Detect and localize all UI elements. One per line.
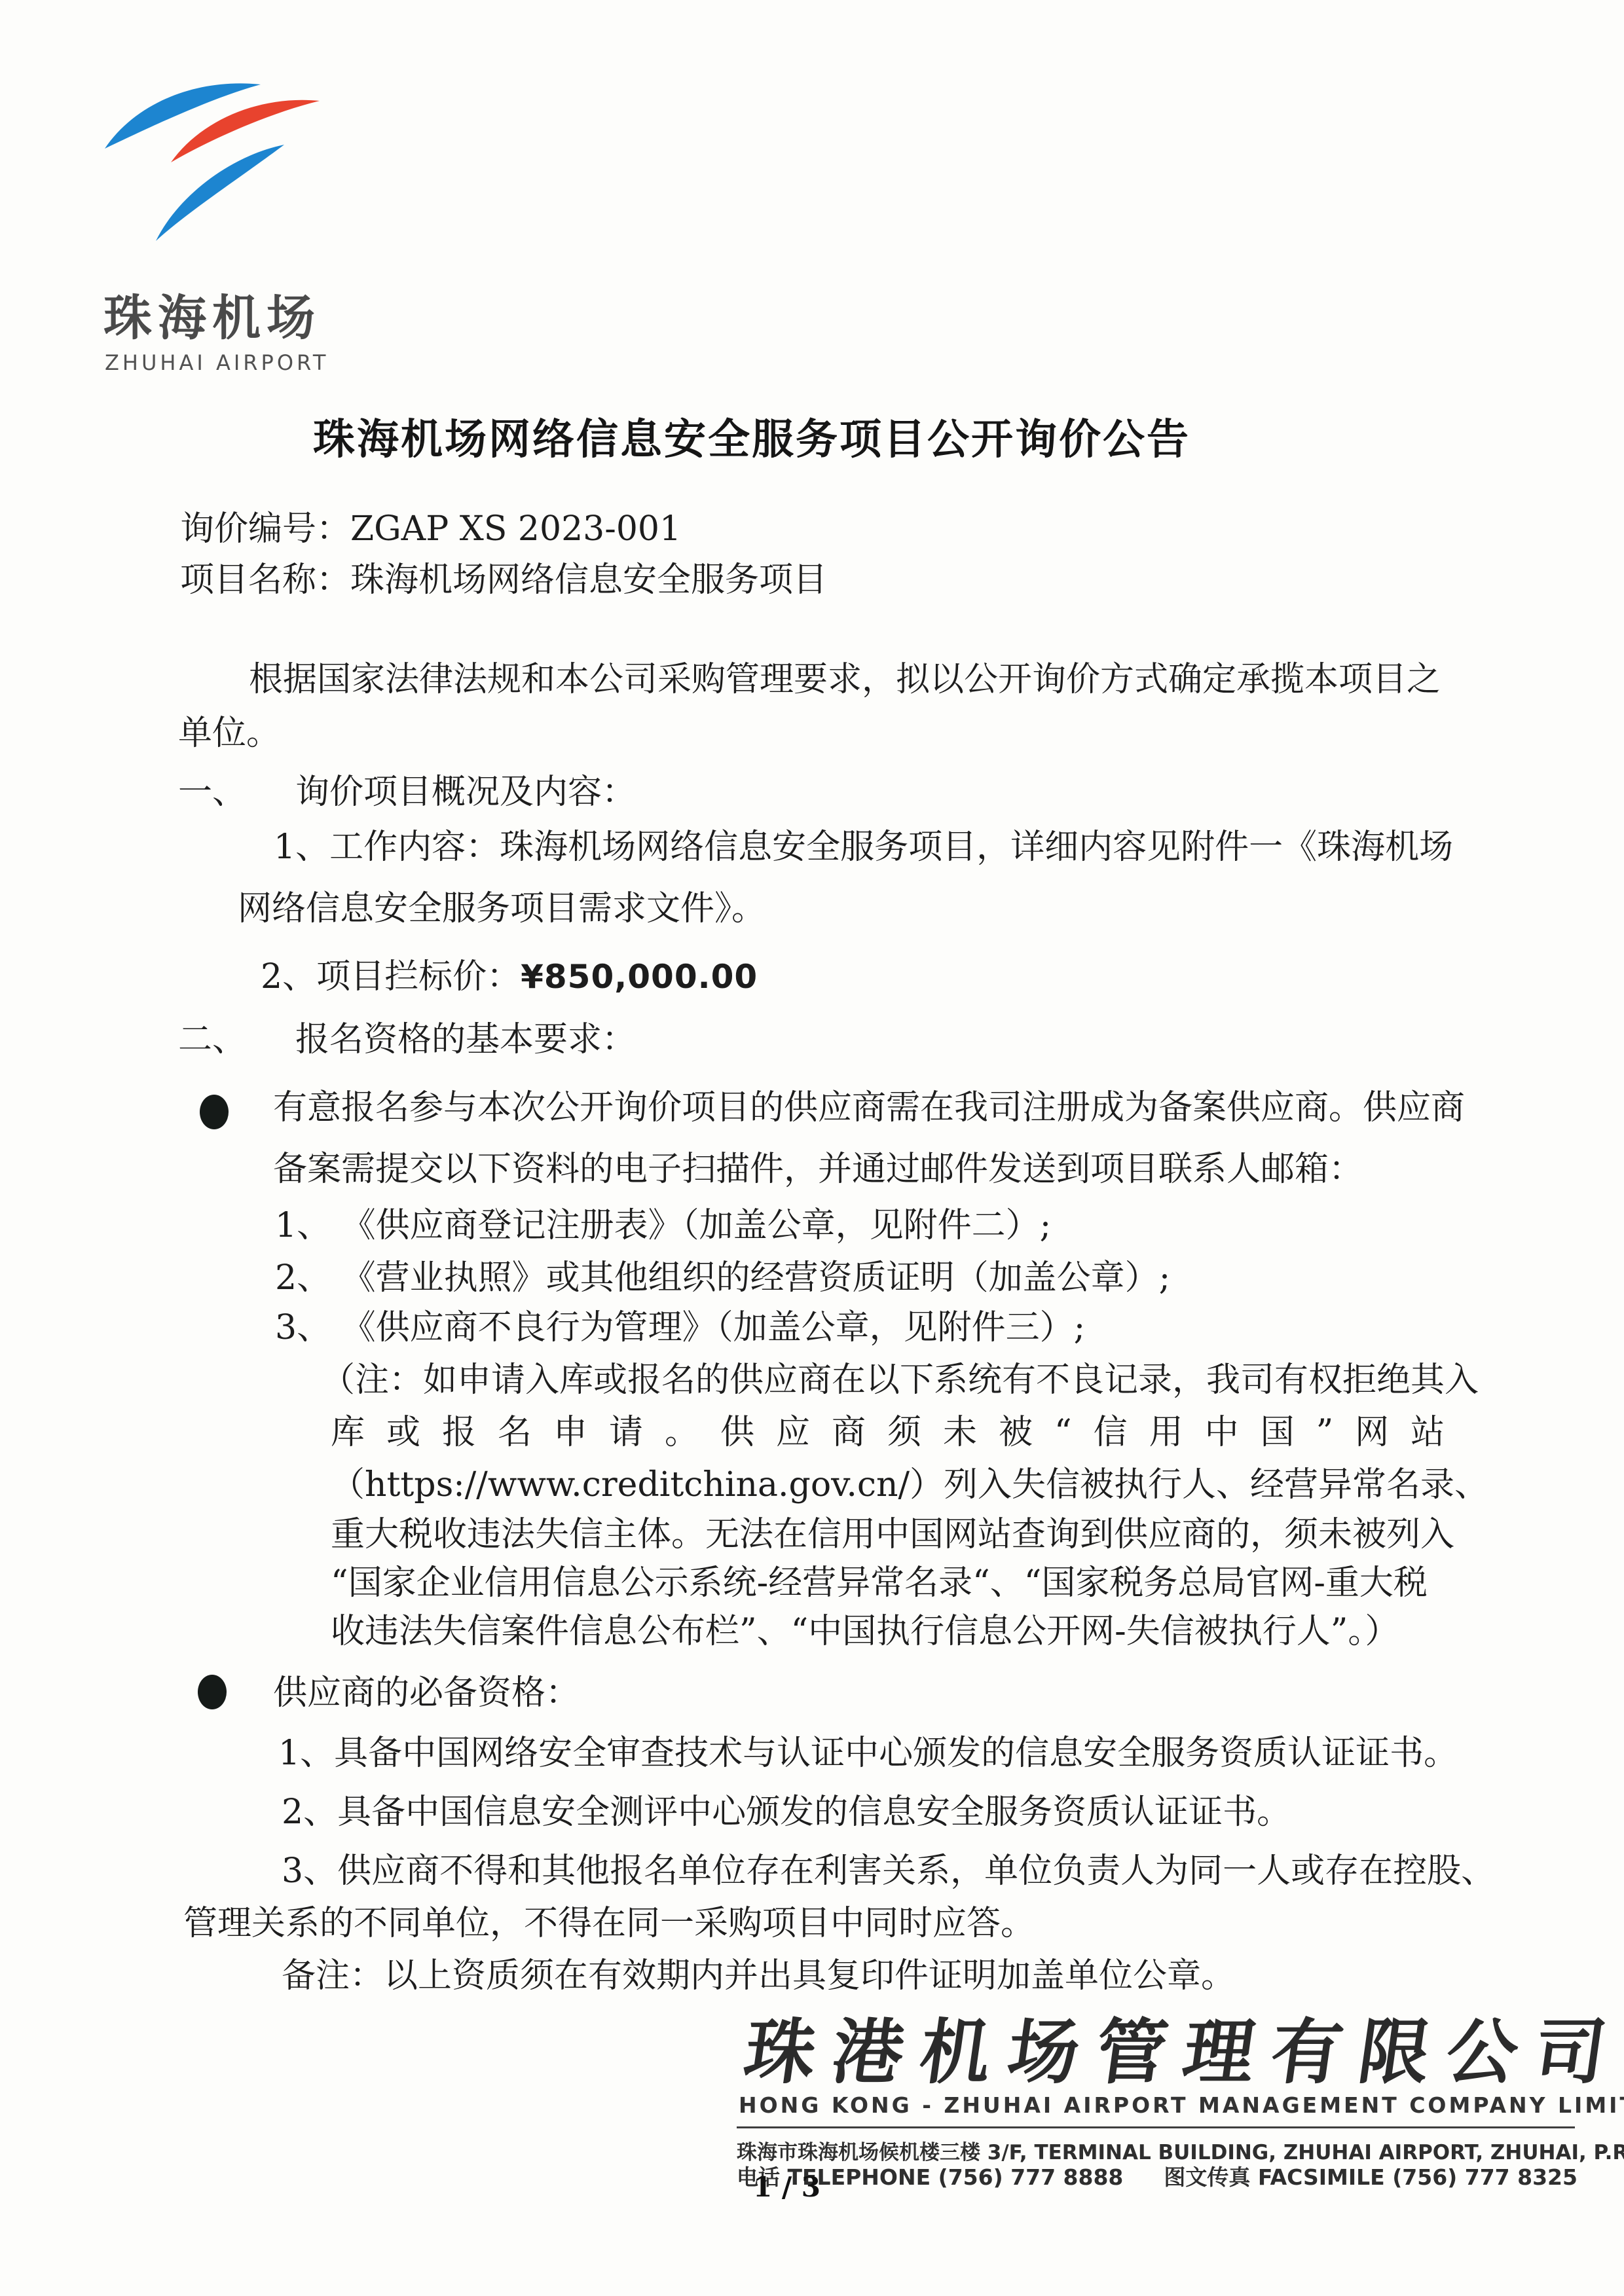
budget-price-line: 2、项目拦标价：¥850,000.00 [261, 957, 758, 997]
credit-note-line2: 库或报名申请。供应商须未被“信用中国”网站 [331, 1413, 1466, 1453]
required-doc-1: 1、 《供应商登记注册表》（加盖公章，见附件二）; [275, 1206, 1051, 1246]
footer-company-name-en: HONG KONG - ZHUHAI AIRPORT MANAGEMENT CO… [739, 2092, 1624, 2118]
credit-note-line4: 重大税收违法失信主体。无法在信用中国网站查询到供应商的，须未被列入 [331, 1515, 1454, 1555]
section1-title: 询价项目概况及内容： [295, 773, 636, 812]
section2-marker: 二、 [178, 1020, 246, 1059]
qualification-3-line1: 3、供应商不得和其他报名单位存在利害关系，单位负责人为同一人或存在控股、 [282, 1851, 1495, 1891]
footer-facsimile: 图文传真 FACSIMILE (756) 777 8325 [1164, 2164, 1578, 2190]
document-page: 珠海机场 ZHUHAI AIRPORT 珠海机场网络信息安全服务项目公开询价公告… [0, 0, 1624, 2296]
page-title: 珠海机场网络信息安全服务项目公开询价公告 [313, 406, 1190, 466]
work-content-line1: 1、工作内容：珠海机场网络信息安全服务项目，详细内容见附件一《珠海机场 [274, 828, 1453, 867]
supplier-registration-line1: 有意报名参与本次公开询价项目的供应商需在我司注册成为备案供应商。供应商 [273, 1088, 1465, 1128]
required-doc-3: 3、 《供应商不良行为管理》（加盖公章，见附件三）; [275, 1308, 1085, 1348]
section2-title: 报名资格的基本要求： [295, 1020, 636, 1059]
footer-divider [737, 2126, 1575, 2128]
bullet-dot-icon [198, 1675, 227, 1709]
project-name: 项目名称：珠海机场网络信息安全服务项目 [180, 560, 827, 600]
required-doc-2: 2、 《营业执照》或其他组织的经营资质证明（加盖公章）; [275, 1258, 1170, 1298]
qualification-1: 1、具备中国网络安全审查技术与认证中心颁发的信息安全服务资质认证证书。 [278, 1734, 1458, 1774]
section1-marker: 一、 [178, 773, 246, 812]
intro-paragraph-line2: 单位。 [178, 714, 280, 754]
credit-note-line6: 收违法失信案件信息公布栏”、“中国执行信息公开网-失信被执行人”。） [331, 1612, 1399, 1652]
logo-chinese-name: 珠海机场 [103, 280, 439, 349]
logo-english-name: ZHUHAI AIRPORT [105, 350, 439, 375]
section1-heading: 一、询价项目概况及内容： [178, 773, 636, 812]
qualification-heading: 供应商的必备资格： [273, 1673, 580, 1713]
budget-price-label: 2、项目拦标价： [261, 957, 521, 996]
footer-company-name-cn: 珠港机场管理有限公司 [739, 1995, 1624, 2097]
qualification-3-line2: 管理关系的不同单位，不得在同一采购项目中同时应答。 [183, 1904, 1035, 1944]
credit-note-line3: （https://www.creditchina.gov.cn/）列入失信被执行… [331, 1465, 1488, 1505]
section2-heading: 二、报名资格的基本要求： [178, 1020, 636, 1060]
credit-note-line1: （注：如申请入库或报名的供应商在以下系统有不良记录，我司有权拒绝其入 [321, 1360, 1479, 1400]
page-number: 1 / 3 [753, 2171, 821, 2203]
inquiry-number: 询价编号：ZGAP XS 2023-001 [180, 509, 681, 549]
bullet-dot-icon [200, 1095, 229, 1129]
credit-note-line5: “国家企业信用信息公示系统-经营异常名录“、“国家税务总局官网-重大税 [331, 1563, 1428, 1603]
work-content-line2: 网络信息安全服务项目需求文件》。 [238, 889, 766, 929]
logo-swoosh-icon [101, 69, 327, 272]
intro-paragraph-line1: 根据国家法律法规和本公司采购管理要求，拟以公开询价方式确定承揽本项目之 [249, 660, 1441, 700]
budget-price-value: ¥850,000.00 [521, 958, 758, 996]
zhuhai-airport-logo: 珠海机场 ZHUHAI AIRPORT [98, 69, 439, 375]
footer-contact-line: 电话 TELEPHONE (756) 777 8888图文传真 FACSIMIL… [737, 2160, 1578, 2191]
logo-swoosh-middle-red [171, 100, 320, 162]
qualification-2: 2、具备中国信息安全测评中心颁发的信息安全服务资质认证证书。 [282, 1793, 1291, 1832]
supplier-registration-line2: 备案需提交以下资料的电子扫描件，并通过邮件发送到项目联系人邮箱： [273, 1150, 1363, 1190]
remark-line: 备注：以上资质须在有效期内并出具复印件证明加盖单位公章。 [282, 1956, 1235, 1996]
